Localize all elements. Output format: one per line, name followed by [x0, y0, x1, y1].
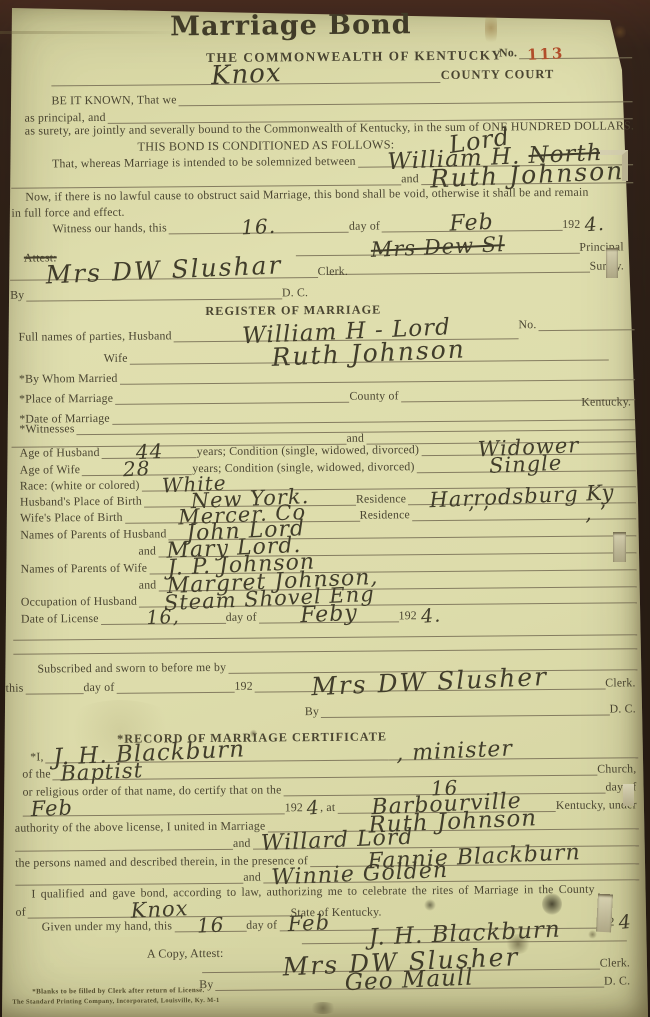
by-whom-label: *By Whom Married	[19, 372, 118, 386]
wife-name-line: Ruth Johnson	[130, 342, 609, 365]
age-wife-label: Age of Wife	[20, 463, 81, 476]
blanks-footnote: *Blanks to be filled by Clerk after retu…	[32, 986, 204, 996]
sworn-month-line	[116, 676, 234, 694]
dc-label: D. C.	[604, 974, 630, 987]
by-whom-married-row: *By Whom Married	[19, 365, 635, 385]
given-day-handwritten: 16	[196, 914, 224, 935]
minister-title-line: , minister	[388, 739, 638, 760]
day-of-label: day of	[246, 918, 277, 931]
surety-label: Surety.	[590, 259, 625, 272]
clerk-label: Clerk.	[318, 265, 348, 278]
minister-signature-row: J. H. Blackburn	[302, 926, 627, 944]
sworn-day-line	[25, 677, 83, 695]
clerk-label: Clerk.	[605, 676, 635, 689]
residence-label: Residence	[356, 492, 406, 505]
race-label: Race: (white or colored)	[20, 479, 140, 493]
surety-clause: as surety, are jointly and severally bou…	[25, 119, 631, 137]
bond-number-row: No. 113	[499, 43, 632, 59]
bond-by-row: By D. C.	[10, 284, 310, 302]
condition-label: years; Condition (single, widowed, divor…	[197, 443, 420, 458]
blank-line	[15, 868, 243, 886]
place-of-marriage-row: *Place of Marriage County of	[19, 385, 635, 405]
by-label: By	[10, 289, 24, 302]
place-label: *Place of Marriage	[19, 392, 113, 406]
witness-day-line: 16.	[169, 216, 349, 235]
sworn-by-row: By D. C.	[305, 700, 638, 718]
deputy-signature: Geo Maull	[345, 966, 475, 995]
blank-line	[11, 168, 401, 188]
full-names-label: Full names of parties, Husband	[19, 329, 172, 343]
sworn-date-row: this day of 192 Mrs DW Slusher Clerk.	[6, 673, 638, 695]
sworn-clerk-signature-line: Mrs DW Slusher	[255, 673, 606, 693]
county-line: Knox	[51, 58, 441, 86]
surety-signature-row: Surety.	[328, 256, 626, 275]
void-clause-2: in full force and effect.	[11, 206, 124, 220]
blank-line	[15, 834, 233, 852]
county-row: Knox COUNTY COURT	[51, 58, 556, 86]
i-label: *I,	[30, 750, 44, 763]
this-label: this	[6, 682, 24, 695]
sworn-deputy-line	[321, 700, 610, 719]
of-the-label: of the	[22, 767, 51, 780]
document-content: Marriage Bond No. 113 THE COMMONWEALTH O…	[0, 0, 650, 1017]
minister-signature-line: J. H. Blackburn	[302, 925, 627, 944]
parents-husband-label: Names of Parents of Husband	[20, 527, 166, 541]
wife-residence-line: ’ ’ , ’	[412, 502, 636, 521]
clerk-label: Clerk.	[600, 956, 630, 969]
bond-number-line: 113	[519, 42, 632, 59]
witness-year-handwritten: 4.	[584, 215, 606, 236]
deputy-signature-line: Geo Maull	[215, 969, 604, 991]
bond-clerk-signature: Mrs DW Slushar	[45, 252, 283, 287]
by-whom-line	[120, 364, 635, 384]
given-day-line: 16	[174, 915, 246, 933]
witness2-line: Winnie Golden	[263, 864, 639, 883]
be-it-known-label: BE IT KNOWN, That we	[51, 93, 176, 107]
by-label: By	[305, 705, 319, 718]
printer-footnote: The Standard Printing Company, Incorpora…	[12, 997, 219, 1006]
and-label: and	[401, 172, 419, 185]
wife-label: Wife	[104, 352, 128, 365]
day-of-label: day of	[349, 220, 380, 233]
bond-deputy-line	[26, 283, 282, 301]
year-prefix: 192	[234, 680, 252, 693]
wife-name-handwritten: Ruth Johnson	[272, 336, 467, 369]
register-heading: REGISTER OF MARRIAGE	[0, 301, 588, 321]
witness-hands-row: Witness our hands, this 16. day of Feb 1…	[53, 215, 605, 236]
bond-clerk-row: Mrs DW Slushar Clerk.	[10, 254, 350, 281]
bond-clerk-signature-line: Mrs DW Slushar	[10, 253, 318, 281]
subscribed-label: Subscribed and sworn to before me by	[37, 661, 226, 676]
age-husband-label: Age of Husband	[20, 446, 100, 460]
principal-label: Principal	[579, 240, 624, 253]
blank-ruled-line-2	[13, 634, 637, 654]
day-of-label: day of	[605, 780, 636, 793]
document-title: Marriage Bond	[0, 8, 586, 44]
church-label: Church,	[597, 762, 636, 775]
county-court-label: COUNTY COURT	[441, 68, 555, 83]
kentucky-under-label: Kentucky, under	[556, 798, 637, 812]
solemnized-label: That, whereas Marriage is intended to be…	[52, 155, 356, 171]
and-label: and	[233, 837, 251, 850]
and-label: and	[243, 871, 261, 884]
wife-birth-label: Wife's Place of Birth	[20, 511, 123, 525]
year-prefix: 192	[562, 218, 580, 231]
place-line	[115, 387, 349, 405]
register-no-label: No.	[518, 318, 536, 331]
of-label: of	[16, 906, 26, 919]
copy-by-row: By Geo Maull D. C.	[199, 969, 632, 991]
wife-name-row: Wife Ruth Johnson	[104, 343, 609, 365]
occupation-label: Occupation of Husband	[21, 595, 137, 609]
given-label: Given under my hand, this	[42, 919, 173, 933]
county-handwritten: Knox	[210, 60, 282, 89]
surety-signature-line	[328, 256, 590, 275]
year-prefix: 192	[285, 801, 303, 814]
dc-label: D. C.	[282, 286, 308, 299]
witness-label: Witness our hands, this	[53, 221, 167, 235]
authority-clause: authority of the above license, I united…	[15, 820, 266, 835]
qualified-clause: I qualified and gave bond, according to …	[31, 882, 635, 900]
register-no-line	[538, 314, 634, 331]
day-of-label: day of	[83, 681, 114, 694]
occupation-line: Steam Shovel Eng	[139, 586, 637, 607]
cert-month-handwritten: Feb	[30, 797, 73, 820]
and-label: and	[138, 545, 156, 558]
county-of-label: County of	[349, 389, 398, 402]
bride-name-line: Ruth Johnson	[421, 166, 633, 185]
witness-month-line: Feb	[382, 214, 562, 233]
dc-label: D. C.	[610, 702, 636, 715]
photographed-document: Marriage Bond No. 113 THE COMMONWEALTH O…	[0, 0, 650, 1017]
register-no-row: No.	[518, 315, 634, 331]
cert-month-line: Feb	[23, 797, 285, 816]
parents-wife-label: Names of Parents of Wife	[21, 562, 148, 576]
witness-day-handwritten: 16.	[241, 216, 277, 237]
residence-label: Residence	[360, 508, 410, 521]
void-clause-1: Now, if there is no lawful cause to obst…	[25, 185, 631, 203]
at-label: , at	[320, 801, 335, 814]
